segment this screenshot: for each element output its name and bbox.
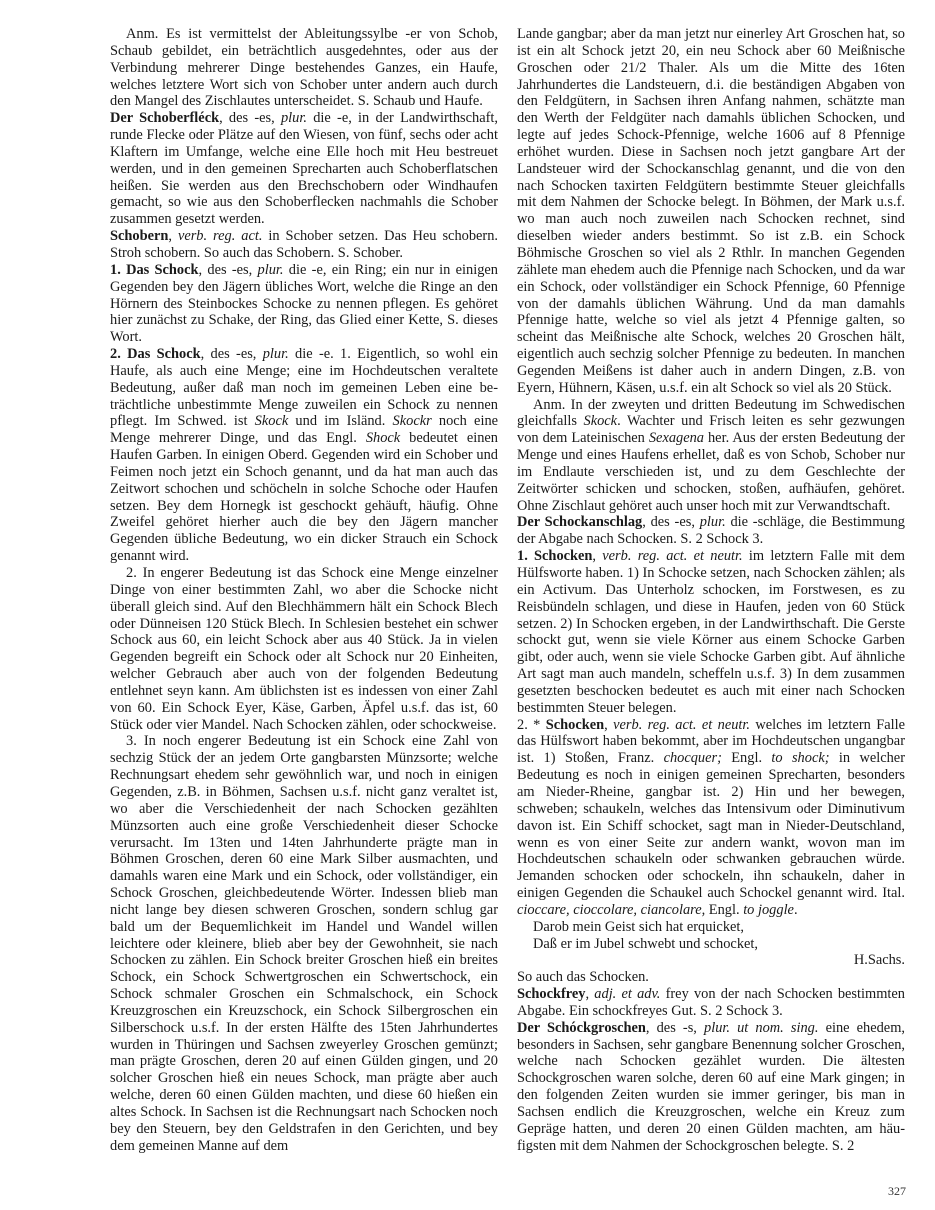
text-run: Darob mein Geist sich hat erquicket,: [533, 919, 744, 935]
dictionary-entry: Schockfrey, adj. et adv. frey von der na…: [517, 986, 905, 1020]
page-number: 327: [870, 1184, 906, 1199]
text-run: bedeutet einen Haufen Garben. In einigen…: [110, 430, 498, 564]
italic-term: verb. reg. act.: [178, 228, 263, 244]
italic-term: Skock: [255, 413, 289, 429]
dictionary-entry: Der Schockanschlag, des -es, plur. die -…: [517, 514, 905, 548]
paragraph: Lande gangbar; aber da man jetzt nur ein…: [517, 26, 905, 397]
dictionary-entry: 2. * Schocken, verb. reg. act. et neutr.…: [517, 717, 905, 919]
paragraph: So auch das Schocken.: [517, 969, 905, 986]
text-run: und im Isländ.: [288, 413, 392, 429]
quote-attribution: H.Sachs.: [517, 952, 905, 969]
italic-term: Skockr: [393, 413, 432, 429]
italic-term: chocquer;: [664, 750, 722, 766]
headword: Schockfrey: [517, 986, 585, 1002]
headword: 2. Das Schock: [110, 346, 201, 362]
text-run: Engl.: [722, 750, 772, 766]
text-run: H.Sachs.: [854, 952, 905, 968]
dictionary-entry: Der Schóckgroschen, des -s, plur. ut nom…: [517, 1020, 905, 1155]
italic-term: verb. reg. act. et neutr.: [602, 548, 742, 564]
text-run: Daß er im Jubel schwebt und schocket,: [533, 936, 758, 952]
headword: Der Schoberfléck: [110, 110, 219, 126]
italic-term: plur.: [281, 110, 307, 126]
italic-term: plur.: [258, 262, 284, 278]
italic-term: plur.: [700, 514, 726, 530]
text-run: ,: [585, 986, 594, 1002]
dictionary-entry: Der Schoberfléck, des -es, plur. die -e,…: [110, 110, 498, 228]
italic-term: plur.: [263, 346, 289, 362]
text-run: 3. In noch engerer Bedeutung ist ein Sch…: [110, 733, 498, 1153]
text-run: ,: [168, 228, 178, 244]
dictionary-entry: 1. Schocken, verb. reg. act. et neutr. i…: [517, 548, 905, 716]
note-paragraph: Anm. Es ist vermittelst der Ableitungssy…: [110, 26, 498, 110]
text-run: So auch das Schocken.: [517, 969, 649, 985]
text-run: Lande gangbar; aber da man jetzt nur ein…: [517, 26, 905, 396]
text-run: , des -s,: [646, 1020, 704, 1036]
text-run: eine ehedem, besonders in Sachsen, sehr …: [517, 1020, 905, 1154]
left-column: Anm. Es ist vermittelst der Ableitungssy…: [110, 26, 498, 1155]
note-paragraph: Anm. In der zweyten und dritten Bedeutun…: [517, 397, 905, 515]
verse-line: Darob mein Geist sich hat erquicket,: [517, 919, 905, 936]
text-run: die -e, in der Landwirthschaft, runde Fl…: [110, 110, 498, 227]
headword: Schobern: [110, 228, 168, 244]
note-paragraph: 3. In noch engerer Bedeutung ist ein Sch…: [110, 733, 498, 1154]
dictionary-page: Anm. Es ist vermittelst der Ableitungssy…: [0, 0, 935, 1210]
headword: 1. Schocken: [517, 548, 592, 564]
right-column: Lande gangbar; aber da man jetzt nur ein…: [517, 26, 905, 1155]
dictionary-entry: 1. Das Schock, des -es, plur. die -e, ei…: [110, 262, 498, 346]
italic-term: Shock: [366, 430, 400, 446]
italic-term: adj. et adv.: [594, 986, 660, 1002]
note-paragraph: 2. In engerer Bedeutung ist das Schock e…: [110, 565, 498, 733]
text-run: , des -es,: [199, 262, 258, 278]
italic-term: plur. ut nom. sing.: [704, 1020, 818, 1036]
verse-line: Daß er im Jubel schwebt und schocket,: [517, 936, 905, 953]
text-run: , des -es,: [642, 514, 699, 530]
italic-term: to shock;: [771, 750, 829, 766]
dictionary-entry: Schobern, verb. reg. act. in Schober set…: [110, 228, 498, 262]
text-run: 2. *: [517, 717, 546, 733]
text-run: ,: [604, 717, 613, 733]
italic-term: to joggle: [743, 902, 794, 918]
italic-term: Skock: [584, 413, 618, 429]
text-run: 2. In engerer Bedeutung ist das Schock e…: [110, 565, 498, 733]
text-run: in welcher Bedeutung es noch in einigen …: [517, 750, 905, 901]
dictionary-entry: 2. Das Schock, des -es, plur. die -e. 1.…: [110, 346, 498, 565]
italic-term: verb. reg. act. et neutr.: [613, 717, 750, 733]
italic-term: cioccare, cioccolare, ciancolare,: [517, 902, 705, 918]
headword: Schocken: [546, 717, 604, 733]
headword: 1. Das Schock: [110, 262, 199, 278]
text-run: Engl.: [705, 902, 743, 918]
text-run: im letztern Falle mit dem Hülfsworte hab…: [517, 548, 905, 716]
text-run: , des -es,: [201, 346, 263, 362]
headword: Der Schóckgroschen: [517, 1020, 646, 1036]
italic-term: Sexagena: [649, 430, 704, 446]
text-run: .: [794, 902, 798, 918]
text-run: , des -es,: [219, 110, 281, 126]
text-run: Anm. Es ist vermittelst der Ableitungssy…: [110, 26, 498, 109]
text-run: ,: [592, 548, 602, 564]
headword: Der Schockanschlag: [517, 514, 642, 530]
